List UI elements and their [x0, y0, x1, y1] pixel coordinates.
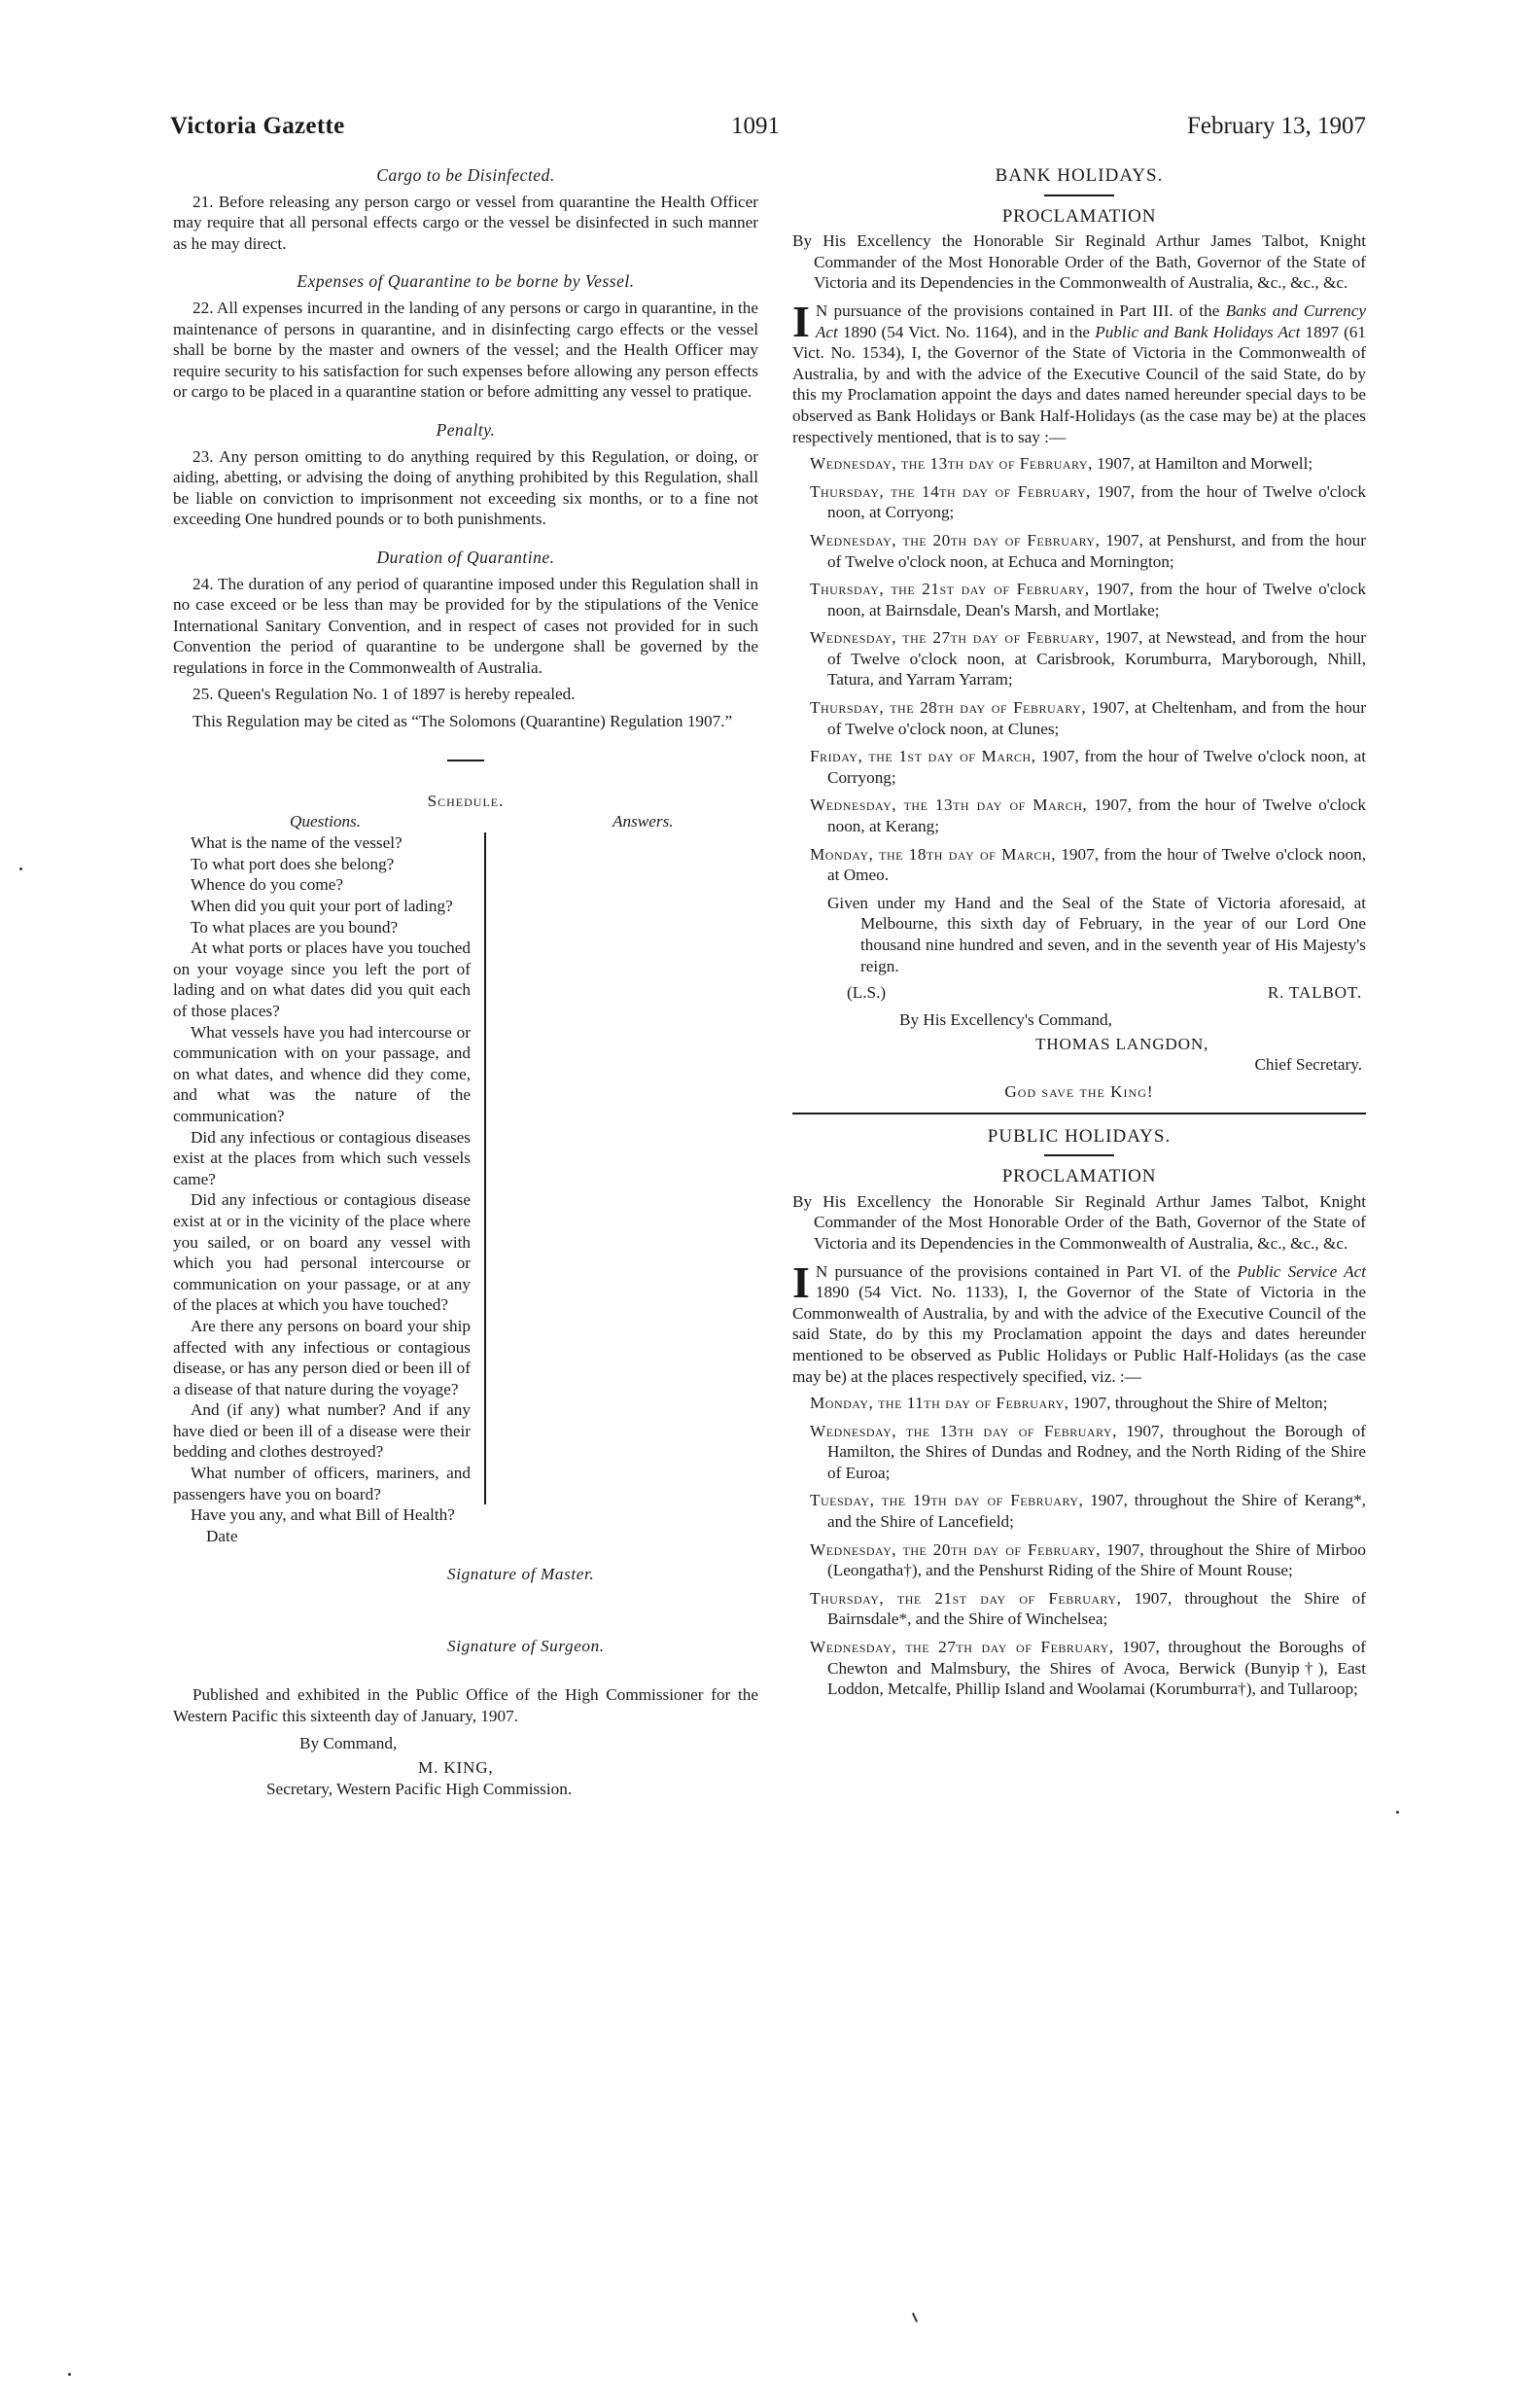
proclamation-byline: By His Excellency the Honorable Sir Regi…	[792, 1191, 1366, 1255]
section-duration: Duration of Quarantine. 24. The duration…	[173, 548, 758, 732]
holiday-date: Wednesday, the 13th day of February,	[810, 1422, 1117, 1440]
act-name: Public and Bank Holidays Act	[1095, 323, 1300, 341]
bank-holidays-section: BANK HOLIDAYS. PROCLAMATION By His Excel…	[792, 165, 1366, 1103]
holiday-entry: Wednesday, the 13th day of March, 1907, …	[810, 795, 1366, 836]
holiday-entry: Wednesday, the 20th day of February, 190…	[810, 530, 1366, 572]
holiday-places: 1907, throughout the Shire of Melton;	[1068, 1394, 1327, 1412]
holiday-entry: Thursday, the 21st day of February, 1907…	[810, 579, 1366, 620]
drop-cap: I	[792, 302, 810, 341]
clause-23: 23. Any person omitting to do anything r…	[173, 446, 758, 530]
holiday-date: Monday, the 11th day of February,	[810, 1394, 1068, 1412]
schedule-question: Whence do you come?	[173, 874, 471, 896]
holiday-entry: Wednesday, the 27th day of February, 190…	[810, 627, 1366, 690]
section-divider	[447, 760, 484, 761]
holiday-entry: Wednesday, the 13th day of February, 190…	[810, 453, 1366, 475]
heading-rule	[1044, 195, 1114, 196]
section-title: Duration of Quarantine.	[173, 548, 758, 569]
holiday-entry: Thursday, the 28th day of February, 1907…	[810, 697, 1366, 739]
closing-salutation: God save the King!	[792, 1081, 1366, 1103]
answers-column-rule	[484, 832, 486, 1504]
schedule-question: And (if any) what number? And if any hav…	[173, 1399, 471, 1463]
proclamation-title: PROCLAMATION	[792, 1166, 1366, 1187]
holiday-date: Thursday, the 21st day of February,	[810, 580, 1090, 598]
public-holidays-section: PUBLIC HOLIDAYS. PROCLAMATION By His Exc…	[792, 1126, 1366, 1700]
clause-24: 24. The duration of any period of quaran…	[173, 574, 758, 679]
seal-mark: (L.S.)	[847, 982, 886, 1004]
proclamation-preamble: I N pursuance of the provisions containe…	[792, 301, 1366, 447]
preamble-text: N pursuance of the provisions contained …	[816, 1262, 1238, 1281]
questions-heading: Questions.	[290, 811, 361, 832]
holiday-entry: Thursday, the 21st day of February, 1907…	[810, 1588, 1366, 1630]
schedule-question: Did any infectious or contagious disease…	[173, 1127, 471, 1190]
holiday-entry: Monday, the 18th day of March, 1907, fro…	[810, 844, 1366, 886]
holiday-entry: Monday, the 11th day of February, 1907, …	[810, 1393, 1366, 1414]
proclamation-byline: By His Excellency the Honorable Sir Regi…	[792, 230, 1366, 294]
signature-surgeon: Signature of Surgeon.	[447, 1636, 758, 1657]
scan-speck	[912, 2313, 918, 2322]
section-title: Cargo to be Disinfected.	[173, 165, 758, 187]
holiday-date: Wednesday, the 20th day of February,	[810, 1540, 1101, 1559]
holiday-entry: Wednesday, the 20th day of February, 190…	[810, 1539, 1366, 1581]
preamble-text: 1890 (54 Vict. No. 1133), I, the Governo…	[792, 1283, 1366, 1385]
drop-cap: I	[792, 1263, 810, 1302]
by-excellency-command: By His Excellency's Command,	[899, 1009, 1366, 1031]
citation-clause: This Regulation may be cited as “The Sol…	[173, 711, 758, 732]
schedule-title: Schedule.	[173, 791, 758, 812]
clause-25: 25. Queen's Regulation No. 1 of 1897 is …	[173, 684, 758, 705]
holiday-entry: Friday, the 1st day of March, 1907, from…	[810, 746, 1366, 788]
chief-secretary-role: Chief Secretary.	[792, 1054, 1362, 1076]
schedule-question: What is the name of the vessel?	[173, 832, 471, 854]
schedule-question: To what port does she belong?	[173, 854, 471, 875]
schedule: Schedule. Questions. Answers. What is th…	[173, 791, 758, 1657]
left-column: Cargo to be Disinfected. 21. Before rele…	[173, 165, 758, 1799]
schedule-question: When did you quit your port of lading?	[173, 896, 471, 917]
holiday-date: Wednesday, the 13th day of March,	[810, 796, 1087, 814]
section-expenses: Expenses of Quarantine to be borne by Ve…	[173, 271, 758, 403]
holiday-date: Friday, the 1st day of March,	[810, 747, 1035, 765]
schedule-question: Have you any, and what Bill of Health?	[173, 1504, 471, 1526]
by-command: By Command,	[299, 1733, 758, 1754]
preamble-text: N pursuance of the provisions contained …	[816, 301, 1226, 320]
holiday-date: Thursday, the 14th day of February,	[810, 482, 1091, 501]
signature-master: Signature of Master.	[447, 1564, 758, 1585]
date-label: Date	[206, 1526, 758, 1547]
publication-title: Victoria Gazette	[170, 113, 344, 140]
holiday-entry: Tuesday, the 19th day of February, 1907,…	[810, 1490, 1366, 1532]
page-number: 1091	[731, 113, 780, 140]
schedule-question: Did any infectious or contagious disease…	[173, 1189, 471, 1316]
holiday-date: Wednesday, the 27th day of February,	[810, 628, 1100, 647]
public-holidays-heading: PUBLIC HOLIDAYS.	[792, 1126, 1366, 1148]
signatory-role: Secretary, Western Pacific High Commissi…	[266, 1779, 758, 1800]
holiday-date: Thursday, the 21st day of February,	[810, 1589, 1121, 1608]
holiday-entry: Wednesday, the 13th day of February, 190…	[810, 1421, 1366, 1484]
preamble-text: 1890 (54 Vict. No. 1164), and in the	[838, 323, 1095, 341]
holiday-date: Wednesday, the 13th day of February,	[810, 454, 1093, 473]
section-title: Penalty.	[173, 420, 758, 442]
governor-signature: R. TALBOT.	[1268, 982, 1362, 1004]
given-under-hand: Given under my Hand and the Seal of the …	[827, 893, 1366, 976]
clause-22: 22. All expenses incurred in the landing…	[173, 298, 758, 403]
scan-speck	[1396, 1811, 1399, 1814]
schedule-question: What number of officers, mariners, and p…	[173, 1463, 471, 1504]
public-holiday-entries: Monday, the 11th day of February, 1907, …	[792, 1393, 1366, 1700]
answers-heading: Answers.	[612, 811, 674, 832]
schedule-question: To what places are you bound?	[173, 917, 471, 938]
heading-rule	[1044, 1154, 1114, 1156]
holiday-date: Wednesday, the 27th day of February,	[810, 1638, 1114, 1656]
scan-speck	[19, 867, 22, 870]
section-separator	[792, 1113, 1366, 1114]
schedule-question: Are there any persons on board your ship…	[173, 1316, 471, 1399]
proclamation-preamble: I N pursuance of the provisions containe…	[792, 1261, 1366, 1388]
holiday-date: Tuesday, the 19th day of February,	[810, 1491, 1083, 1509]
bank-holidays-heading: BANK HOLIDAYS.	[792, 165, 1366, 187]
section-cargo-disinfected: Cargo to be Disinfected. 21. Before rele…	[173, 165, 758, 254]
holiday-date: Monday, the 18th day of March,	[810, 845, 1056, 864]
section-penalty: Penalty. 23. Any person omitting to do a…	[173, 420, 758, 530]
clause-21: 21. Before releasing any person cargo or…	[173, 192, 758, 255]
right-column: BANK HOLIDAYS. PROCLAMATION By His Excel…	[792, 165, 1366, 1707]
chief-secretary-name: THOMAS LANGDON,	[1035, 1034, 1366, 1055]
bank-holiday-entries: Wednesday, the 13th day of February, 190…	[792, 453, 1366, 886]
signatory-name: M. KING,	[418, 1757, 758, 1779]
holiday-date: Thursday, the 28th day of February,	[810, 698, 1086, 717]
schedule-question: At what ports or places have you touched…	[173, 937, 471, 1021]
holiday-entry: Wednesday, the 27th day of February, 190…	[810, 1637, 1366, 1700]
scan-speck	[68, 2373, 71, 2376]
published-note: Published and exhibited in the Public Of…	[173, 1684, 758, 1726]
holiday-date: Wednesday, the 20th day of February,	[810, 531, 1100, 549]
holiday-places: 1907, at Hamilton and Morwell;	[1093, 454, 1312, 473]
holiday-entry: Thursday, the 14th day of February, 1907…	[810, 481, 1366, 523]
act-name: Public Service Act	[1238, 1262, 1366, 1281]
section-title: Expenses of Quarantine to be borne by Ve…	[173, 271, 758, 293]
questions-list: What is the name of the vessel?To what p…	[173, 832, 471, 1526]
issue-date: February 13, 1907	[1152, 113, 1366, 140]
proclamation-title: PROCLAMATION	[792, 206, 1366, 228]
schedule-question: What vessels have you had intercourse or…	[173, 1022, 471, 1127]
